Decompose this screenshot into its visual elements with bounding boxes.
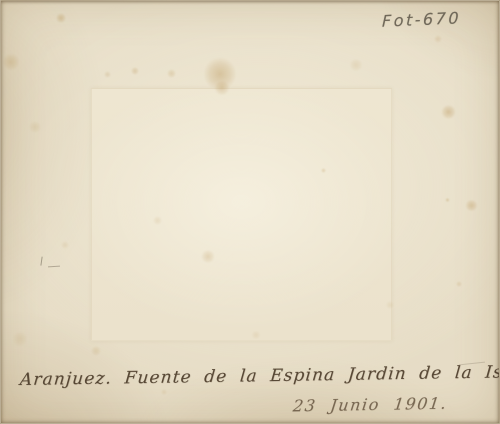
- foxing-spot: [161, 389, 167, 395]
- foxing-spot: [434, 35, 442, 43]
- foxing-spot: [204, 57, 236, 91]
- pencil-stroke: [40, 257, 47, 267]
- foxing-spot: [61, 241, 69, 249]
- foxing-spot: [131, 67, 139, 75]
- foxing-spot: [91, 346, 101, 356]
- foxing-spot: [3, 53, 19, 71]
- handwritten-caption-date: 23 Junio 1901.: [292, 394, 449, 416]
- foxing-spot: [167, 69, 176, 78]
- foxing-spot: [465, 200, 478, 211]
- photo-mount-scan: Fot-670 Aranjuez. Fuente de la Espina Ja…: [0, 0, 500, 424]
- foxing-spot: [56, 13, 66, 23]
- foxing-spot: [445, 198, 450, 202]
- foxing-spot: [104, 71, 111, 78]
- faded-photo-area: [91, 88, 392, 341]
- foxing-spot: [441, 105, 456, 119]
- foxing-spot: [456, 281, 462, 287]
- pencil-stroke: [48, 266, 60, 268]
- foxing-spot: [13, 331, 27, 347]
- archive-number-annotation: Fot-670: [382, 8, 462, 30]
- handwritten-caption-title: Aranjuez. Fuente de la Espina Jardin de …: [19, 362, 500, 390]
- margin-pencil-mark: [39, 257, 61, 271]
- foxing-spot: [29, 121, 41, 133]
- foxing-spot: [349, 59, 363, 71]
